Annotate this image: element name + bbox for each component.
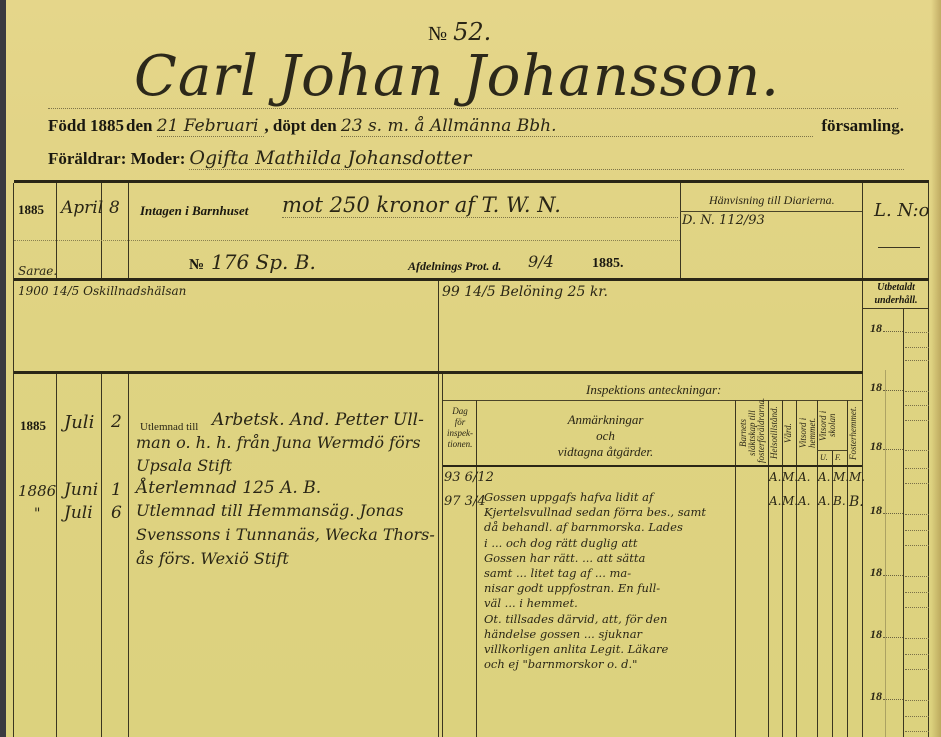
- paid-dots: [883, 440, 903, 450]
- den-label: den: [126, 116, 152, 136]
- protocol-label: Afdelnings Prot. d.: [408, 259, 501, 274]
- placement-month: Juli: [64, 503, 93, 523]
- school-sub-f: F.: [835, 453, 841, 462]
- placement-month: Juli: [64, 412, 94, 433]
- admitted-label: Intagen i Barnhuset: [140, 203, 248, 219]
- parish-label: församling.: [821, 116, 904, 136]
- remarks-header-line: Anmärkningar: [476, 412, 735, 428]
- mark-health: A.: [769, 470, 781, 484]
- amount-guide: [905, 514, 929, 515]
- col-divider: [128, 374, 129, 737]
- amount-guide: [905, 391, 929, 392]
- note-left-text: 1900 14/5 Oskillnadshälsan: [18, 284, 186, 298]
- day-header-line: för: [444, 417, 476, 428]
- paid-year-prefix: 18: [870, 689, 882, 704]
- paid-dots: [883, 566, 903, 576]
- amount-guide: [905, 592, 929, 593]
- mother-name: Ogifta Mathilda Johansdotter: [189, 147, 904, 170]
- birth-line: Född 1885 den 21 Februari , döpt den 23 …: [48, 116, 904, 137]
- col-divider: [782, 400, 783, 737]
- paid-year-prefix: 18: [870, 503, 882, 518]
- ln-header: L. N:o: [874, 200, 929, 221]
- number-sign: №: [428, 23, 447, 45]
- placement-line: Upsala Stift: [136, 456, 232, 475]
- mark-health: A.: [769, 494, 781, 508]
- born-label: Född: [48, 116, 86, 136]
- paid-year-prefix: 18: [870, 627, 882, 642]
- admission-left-note: Sarae.: [18, 264, 57, 278]
- paid-dots: [883, 504, 903, 514]
- school-grade-header: Vitsord i skolan: [819, 403, 845, 448]
- day-header-line: inspek-: [444, 428, 476, 439]
- note-bottom-rule: [14, 371, 863, 374]
- admission-month: April: [61, 198, 103, 218]
- paid-support-faint: [885, 370, 886, 737]
- remark-line: villkorligen anlita Legit. Läkare: [484, 642, 734, 657]
- name-underline: [48, 108, 898, 109]
- paid-support-divider: [903, 308, 904, 737]
- placement-line: ås förs. Wexiö Stift: [136, 549, 289, 568]
- inspection-title-rule: [443, 400, 862, 401]
- row-guide: [14, 240, 680, 241]
- col-divider: [13, 183, 14, 737]
- parents-line: Föräldrar: Moder: Ogifta Mathilda Johans…: [48, 147, 904, 170]
- amount-guide: [905, 530, 929, 531]
- amount-guide: [905, 638, 929, 639]
- placement-line: Svenssons i Tunnanäs, Wecka Thors-: [136, 525, 435, 544]
- amount-guide: [905, 716, 929, 717]
- placement-line: Arbetsk. And. Petter Ull-: [212, 410, 424, 430]
- remarks-header: Anmärkningar och vidtagna åtgärder.: [476, 412, 735, 460]
- amount-guide: [905, 654, 929, 655]
- remark-line: Ot. tillsades därvid, att, för den: [484, 612, 734, 627]
- placement-line: man o. h. h. från Juna Wermdö förs: [136, 433, 421, 452]
- inspection-day: 97 3/4: [444, 494, 486, 509]
- inspection-header-rule: [443, 465, 862, 467]
- ledger-page: № 52. Carl Johan Johansson. Född 1885 de…: [6, 0, 941, 737]
- amount-guide: [905, 545, 929, 546]
- placement-day: 6: [111, 503, 122, 523]
- protocol-year: 1885.: [592, 256, 624, 272]
- home-grade-header: Vitsord i hemmet.: [799, 403, 815, 463]
- paid-year-prefix: 18: [870, 565, 882, 580]
- amount-guide: [905, 420, 929, 421]
- paid-header-line1: Utbetaldt: [877, 282, 915, 293]
- relation-header: Barnets släktskap till fosterföräldrarna…: [739, 403, 765, 463]
- reference-header-rule: [680, 211, 862, 212]
- mother-label: Moder:: [131, 149, 186, 169]
- foster-home-header: Fosterhemmet.: [849, 403, 860, 463]
- col-divider: [442, 374, 443, 737]
- day-header: Dag för inspek- tionen.: [444, 406, 476, 450]
- admitted-text: mot 250 kronor af T. W. N.: [282, 193, 678, 218]
- remark-line: i ... och dog rätt duglig att: [484, 536, 734, 551]
- mark-school-u: A.: [818, 470, 830, 484]
- care-header: Vård.: [784, 403, 795, 463]
- col-divider: [680, 183, 681, 280]
- col-divider: [101, 374, 102, 737]
- amount-guide: [905, 576, 929, 577]
- day-header-line: Dag: [444, 406, 476, 417]
- paid-year-prefix: 18: [870, 439, 882, 454]
- parents-label: Föräldrar:: [48, 149, 126, 169]
- remark-line: Gossen har rätt. ... att sätta: [484, 551, 734, 566]
- placement-day: 1: [111, 480, 122, 500]
- amount-guide: [905, 700, 929, 701]
- remark-line: samt ... litet tag af ... ma-: [484, 566, 734, 581]
- remark-line: Kjertelsvullnad sedan förra bes., samt: [484, 505, 734, 520]
- mark-care: M.: [782, 494, 798, 508]
- child-name: Carl Johan Johansson.: [134, 44, 780, 109]
- paid-year-prefix: 18: [870, 380, 882, 395]
- remark-line: Gossen uppgafs hafva lidit af: [484, 490, 734, 505]
- amount-guide: [905, 731, 929, 732]
- col-divider: [438, 281, 439, 737]
- school-sub-rule: [817, 450, 847, 451]
- placement-day: 2: [111, 412, 122, 432]
- reference-header: Hänvisning till Diarierna.: [709, 193, 835, 208]
- remark-line: händelse gossen ... sjuknar: [484, 627, 734, 642]
- baptized-label: , döpt den: [264, 116, 336, 136]
- note-right-text: 99 14/5 Belöning 25 kr.: [442, 284, 608, 300]
- admission-year: 1885: [18, 202, 44, 218]
- placement-year: ": [34, 506, 40, 522]
- birth-date: 21 Februari: [157, 116, 265, 137]
- remarks-header-line: vidtagna åtgärder.: [476, 444, 735, 460]
- placement-year: 1886: [18, 482, 56, 500]
- inspection-title: Inspektions anteckningar:: [586, 382, 721, 398]
- placement-year: 1885: [20, 418, 46, 434]
- paid-dots: [883, 322, 903, 332]
- mark-care: M.: [782, 470, 798, 484]
- paid-header-rule: [863, 308, 928, 309]
- paid-dots: [883, 628, 903, 638]
- col-divider: [796, 400, 797, 737]
- amount-guide: [905, 468, 929, 469]
- paid-dots: [883, 381, 903, 391]
- remark-line: väl ... i hemmet.: [484, 596, 734, 611]
- inspection-day: 93 6/12: [444, 470, 494, 485]
- mark-foster-home: M.: [849, 470, 865, 484]
- paid-year-prefix: 18: [870, 321, 882, 336]
- protocol-date: 9/4: [528, 252, 554, 271]
- ln-value-dash: [878, 247, 920, 248]
- admission-bottom-rule: [14, 278, 929, 281]
- placement-line: Återlemnad 125 A. B.: [136, 478, 321, 498]
- inspection-remarks: Gossen uppgafs hafva lidit af Kjertelsvu…: [484, 490, 734, 672]
- placement-label: Utlemnad till: [140, 421, 198, 433]
- amount-guide: [905, 607, 929, 608]
- paid-support-header: Utbetaldt underhåll.: [864, 281, 928, 307]
- admission-day: 8: [109, 198, 120, 218]
- mark-home: A.: [798, 494, 810, 508]
- amount-guide: [905, 450, 929, 451]
- col-divider: [862, 183, 863, 737]
- mark-foster-home: B.: [849, 494, 864, 510]
- amount-guide: [905, 669, 929, 670]
- amount-guide: [905, 360, 929, 361]
- col-divider: [128, 183, 129, 280]
- mark-home: A.: [798, 470, 810, 484]
- remark-line: då behandl. af barnmorska. Lades: [484, 520, 734, 535]
- birth-year: 1885: [90, 116, 124, 136]
- health-header: Helsotillstånd.: [770, 403, 781, 463]
- placement-month: Juni: [64, 480, 98, 500]
- day-header-line: tionen.: [444, 439, 476, 450]
- amount-guide: [905, 332, 929, 333]
- reference-value: D. N. 112/93: [682, 213, 765, 228]
- mark-school-f: M.: [833, 470, 849, 484]
- paid-header-line2: underhåll.: [874, 295, 917, 306]
- table-top-rule: [14, 180, 929, 183]
- admission-no-value: 176 Sp. B.: [211, 250, 316, 274]
- col-divider: [56, 374, 57, 737]
- col-divider: [735, 400, 736, 737]
- paid-dots: [883, 690, 903, 700]
- record-number: № 52.: [428, 18, 491, 47]
- amount-guide: [905, 405, 929, 406]
- remarks-header-line: och: [476, 428, 735, 444]
- remark-line: nisar godt uppfostran. En full-: [484, 581, 734, 596]
- placement-line: Utlemnad till Hemmansäg. Jonas: [136, 501, 404, 520]
- amount-guide: [905, 483, 929, 484]
- record-number-value: 52.: [453, 18, 491, 46]
- school-sub-u: U.: [820, 453, 828, 462]
- mark-school-u: A.: [818, 494, 830, 508]
- remark-line: och ej "barnmorskor o. d.": [484, 657, 734, 672]
- mark-school-f: B.: [833, 494, 846, 508]
- amount-guide: [905, 347, 929, 348]
- no-sign: №: [189, 257, 204, 274]
- baptized-date: 23 s. m. å Allmänna Bbh.: [341, 116, 813, 137]
